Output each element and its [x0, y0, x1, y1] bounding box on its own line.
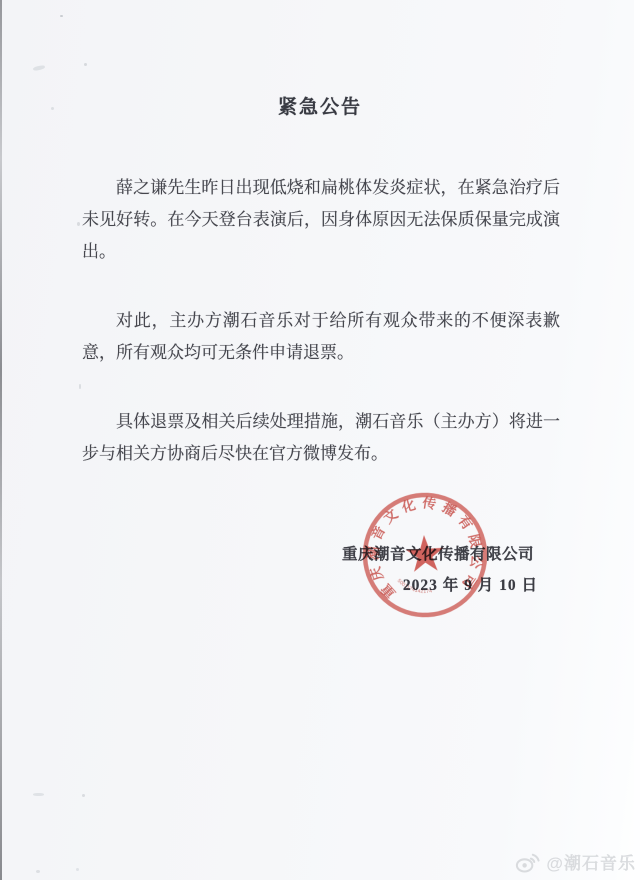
scan-speck [36, 870, 40, 873]
document-title: 紧急公告 [0, 92, 640, 119]
company-seal-stamp: 重庆潮音文化传播有限公司 5001174142174 [346, 476, 504, 634]
weibo-watermark: @潮石音乐 [514, 849, 636, 874]
scanned-notice-page: 紧急公告 薛之谦先生昨日出现低烧和扁桃体发炎症状，在紧急治疗后未见好转。在今天登… [0, 0, 640, 880]
scan-speck [76, 868, 79, 871]
scan-edge-left [0, 0, 2, 880]
watermark-text: @潮石音乐 [546, 849, 636, 874]
seal-serial-number: 5001174142174 [396, 576, 433, 596]
scan-speck [84, 63, 87, 66]
document-body: 薛之谦先生昨日出现低烧和扁桃体发炎症状，在紧急治疗后未见好转。在今天登台表演后，… [82, 172, 560, 507]
paragraph-apology-refund: 对此，主办方潮石音乐对于给所有观众带来的不便深表歉意，所有观众均可无条件申请退票… [82, 305, 560, 369]
scan-speck [33, 793, 44, 796]
weibo-logo-icon [514, 850, 541, 874]
scan-speck [82, 794, 85, 797]
paragraph-illness-notice: 薛之谦先生昨日出现低烧和扁桃体发炎症状，在紧急治疗后未见好转。在今天登台表演后，… [82, 172, 560, 268]
scan-speck [60, 15, 63, 17]
seal-graphic: 重庆潮音文化传播有限公司 5001174142174 [346, 476, 504, 634]
scan-edge-right [634, 0, 640, 880]
scan-speck [77, 222, 80, 226]
scan-speck [79, 384, 81, 389]
paragraph-followup-weibo: 具体退票及相关后续处理措施，潮石音乐（主办方）将进一步与相关方协商后尽快在官方微… [82, 406, 560, 470]
scan-speck [33, 65, 46, 71]
red-star-icon [405, 534, 445, 572]
svg-text:5001174142174: 5001174142174 [396, 576, 433, 596]
